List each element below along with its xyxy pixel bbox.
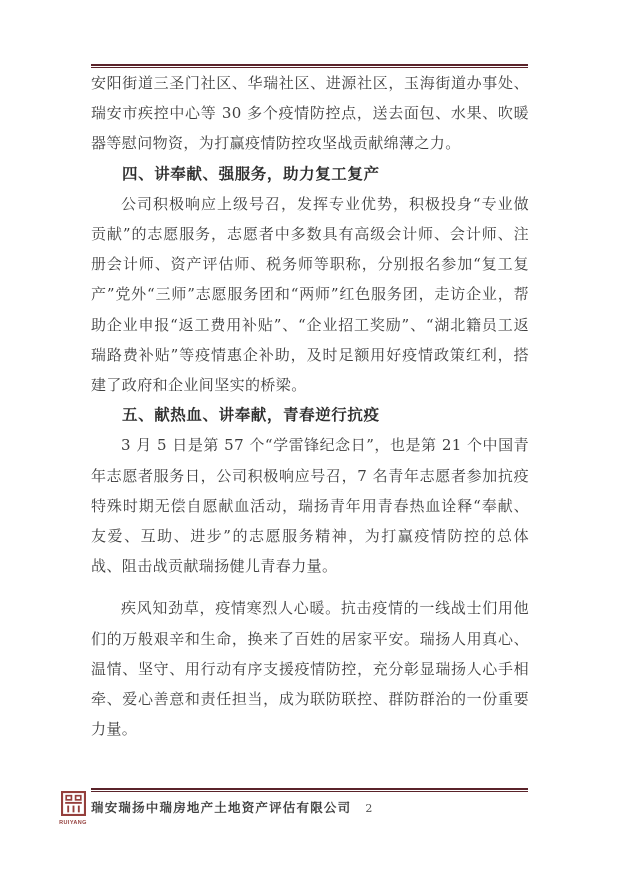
logo-wordmark: RUIYANG	[58, 820, 88, 826]
document-body: 安阳街道三圣门社区、华瑞社区、进源社区，玉海街道办事处、瑞安市疾控中心等 30 …	[91, 68, 529, 744]
footer-content: 瑞安瑞扬中瑞房地产土地资产评估有限公司 2	[91, 788, 528, 816]
section-heading-four: 四、讲奉献、强服务，助力复工复产	[91, 159, 529, 189]
company-name: 瑞安瑞扬中瑞房地产土地资产评估有限公司	[91, 800, 351, 815]
footer-rule	[91, 788, 528, 792]
paragraph-closing: 疾风知劲草，疫情寒烈人心暖。抗击疫情的一线战士们用他们的万般艰辛和生命，换来了百…	[91, 593, 529, 744]
paragraph-section-five: 3 月 5 日是第 57 个“学雷锋纪念日”，也是第 21 个中国青年志愿者服务…	[91, 430, 529, 581]
paragraph-section-four: 公司积极响应上级号召，发挥专业优势，积极投身“专业做贡献”的志愿服务，志愿者中多…	[91, 189, 529, 400]
document-page: 安阳街道三圣门社区、华瑞社区、进源社区，玉海街道办事处、瑞安市疾控中心等 30 …	[0, 0, 621, 877]
page-footer: RUIYANG 瑞安瑞扬中瑞房地产土地资产评估有限公司 2	[58, 788, 528, 816]
company-logo: RUIYANG	[58, 791, 88, 826]
ruiyang-seal-icon	[61, 791, 86, 816]
section-heading-five: 五、献热血、讲奉献，青春逆行抗疫	[91, 400, 529, 430]
page-number: 2	[365, 802, 372, 815]
footer-text-row: 瑞安瑞扬中瑞房地产土地资产评估有限公司 2	[91, 797, 528, 816]
paragraph-continuation: 安阳街道三圣门社区、华瑞社区、进源社区，玉海街道办事处、瑞安市疾控中心等 30 …	[91, 68, 529, 159]
